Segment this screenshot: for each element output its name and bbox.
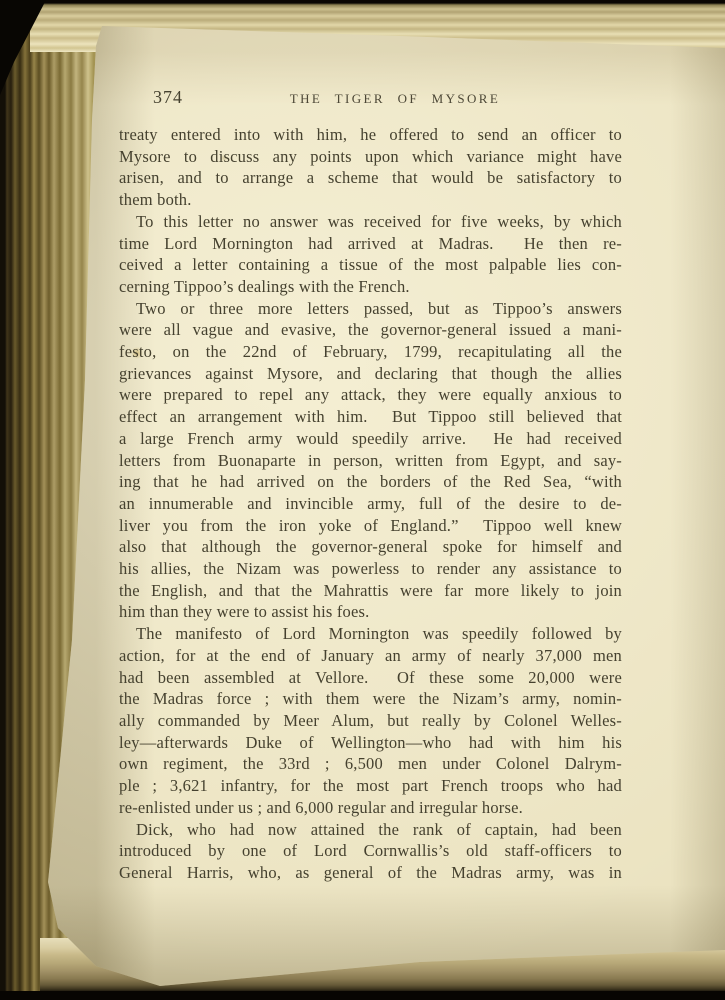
paragraph: Two or three more letters passed, but as… [119, 298, 622, 624]
text-line: introduced by one of Lord Cornwallis’s o… [119, 840, 622, 862]
text-line: grievances against Mysore, and declaring… [119, 363, 622, 385]
text-line: ing that he had arrived on the borders o… [119, 471, 622, 493]
text-line: ceived a letter containing a tissue of t… [119, 254, 622, 276]
text-line: own regiment, the 33rd ; 6,500 men under… [119, 753, 622, 775]
book-page: 374 THE TIGER OF MYSORE treaty entered i… [0, 0, 725, 1000]
text-line: ally commanded by Meer Alum, but really … [119, 710, 622, 732]
text-line: time Lord Mornington had arrived at Madr… [119, 233, 622, 255]
text-line: Mysore to discuss any points upon which … [119, 146, 622, 168]
text-line: an innumerable and invincible army, full… [119, 493, 622, 515]
background-bottom-strip [0, 991, 725, 1000]
page-number: 374 [153, 87, 183, 108]
paragraph: treaty entered into with him, he offered… [119, 124, 622, 211]
text-line: the Madras force ; with them were the Ni… [119, 688, 622, 710]
paragraph: The manifesto of Lord Mornington was spe… [119, 623, 622, 818]
page-body: treaty entered into with him, he offered… [119, 124, 622, 884]
text-line: cerning Tippoo’s dealings with the Frenc… [119, 276, 622, 298]
text-line: were all vague and evasive, the governor… [119, 319, 622, 341]
text-line: letters from Buonaparte in person, writt… [119, 450, 622, 472]
text-line: General Harris, who, as general of the M… [119, 862, 622, 884]
text-line: ple ; 3,621 infantry, for the most part … [119, 775, 622, 797]
book-photo: 374 THE TIGER OF MYSORE treaty entered i… [0, 0, 725, 1000]
text-line: were prepared to repel any attack, they … [119, 384, 622, 406]
text-line: them both. [119, 189, 622, 211]
text-line: action, for at the end of January an arm… [119, 645, 622, 667]
text-line: a large French army would speedily arriv… [119, 428, 622, 450]
text-line: Two or three more letters passed, but as… [119, 298, 622, 320]
text-line: To this letter no answer was received fo… [119, 211, 622, 233]
text-line: Dick, who had now attained the rank of c… [119, 819, 622, 841]
text-line: had been assembled at Vellore. Of these … [119, 667, 622, 689]
running-head: THE TIGER OF MYSORE [250, 91, 540, 107]
text-line: re-enlisted under us ; and 6,000 regular… [119, 797, 622, 819]
text-line: liver you from the iron yoke of England.… [119, 515, 622, 537]
text-line: The manifesto of Lord Mornington was spe… [119, 623, 622, 645]
paragraph: Dick, who had now attained the rank of c… [119, 819, 622, 884]
text-line: also that although the governor-general … [119, 536, 622, 558]
text-line: festo, on the 22nd of February, 1799, re… [119, 341, 622, 363]
text-line: treaty entered into with him, he offered… [119, 124, 622, 146]
text-line: him than they were to assist his foes. [119, 601, 622, 623]
text-line: his allies, the Nizam was powerless to r… [119, 558, 622, 580]
text-line: effect an arrangement with him. But Tipp… [119, 406, 622, 428]
text-line: ley—afterwards Duke of Wellington—who ha… [119, 732, 622, 754]
paragraph: To this letter no answer was received fo… [119, 211, 622, 298]
text-line: the English, and that the Mahrattis were… [119, 580, 622, 602]
text-line: arisen, and to arrange a scheme that wou… [119, 167, 622, 189]
